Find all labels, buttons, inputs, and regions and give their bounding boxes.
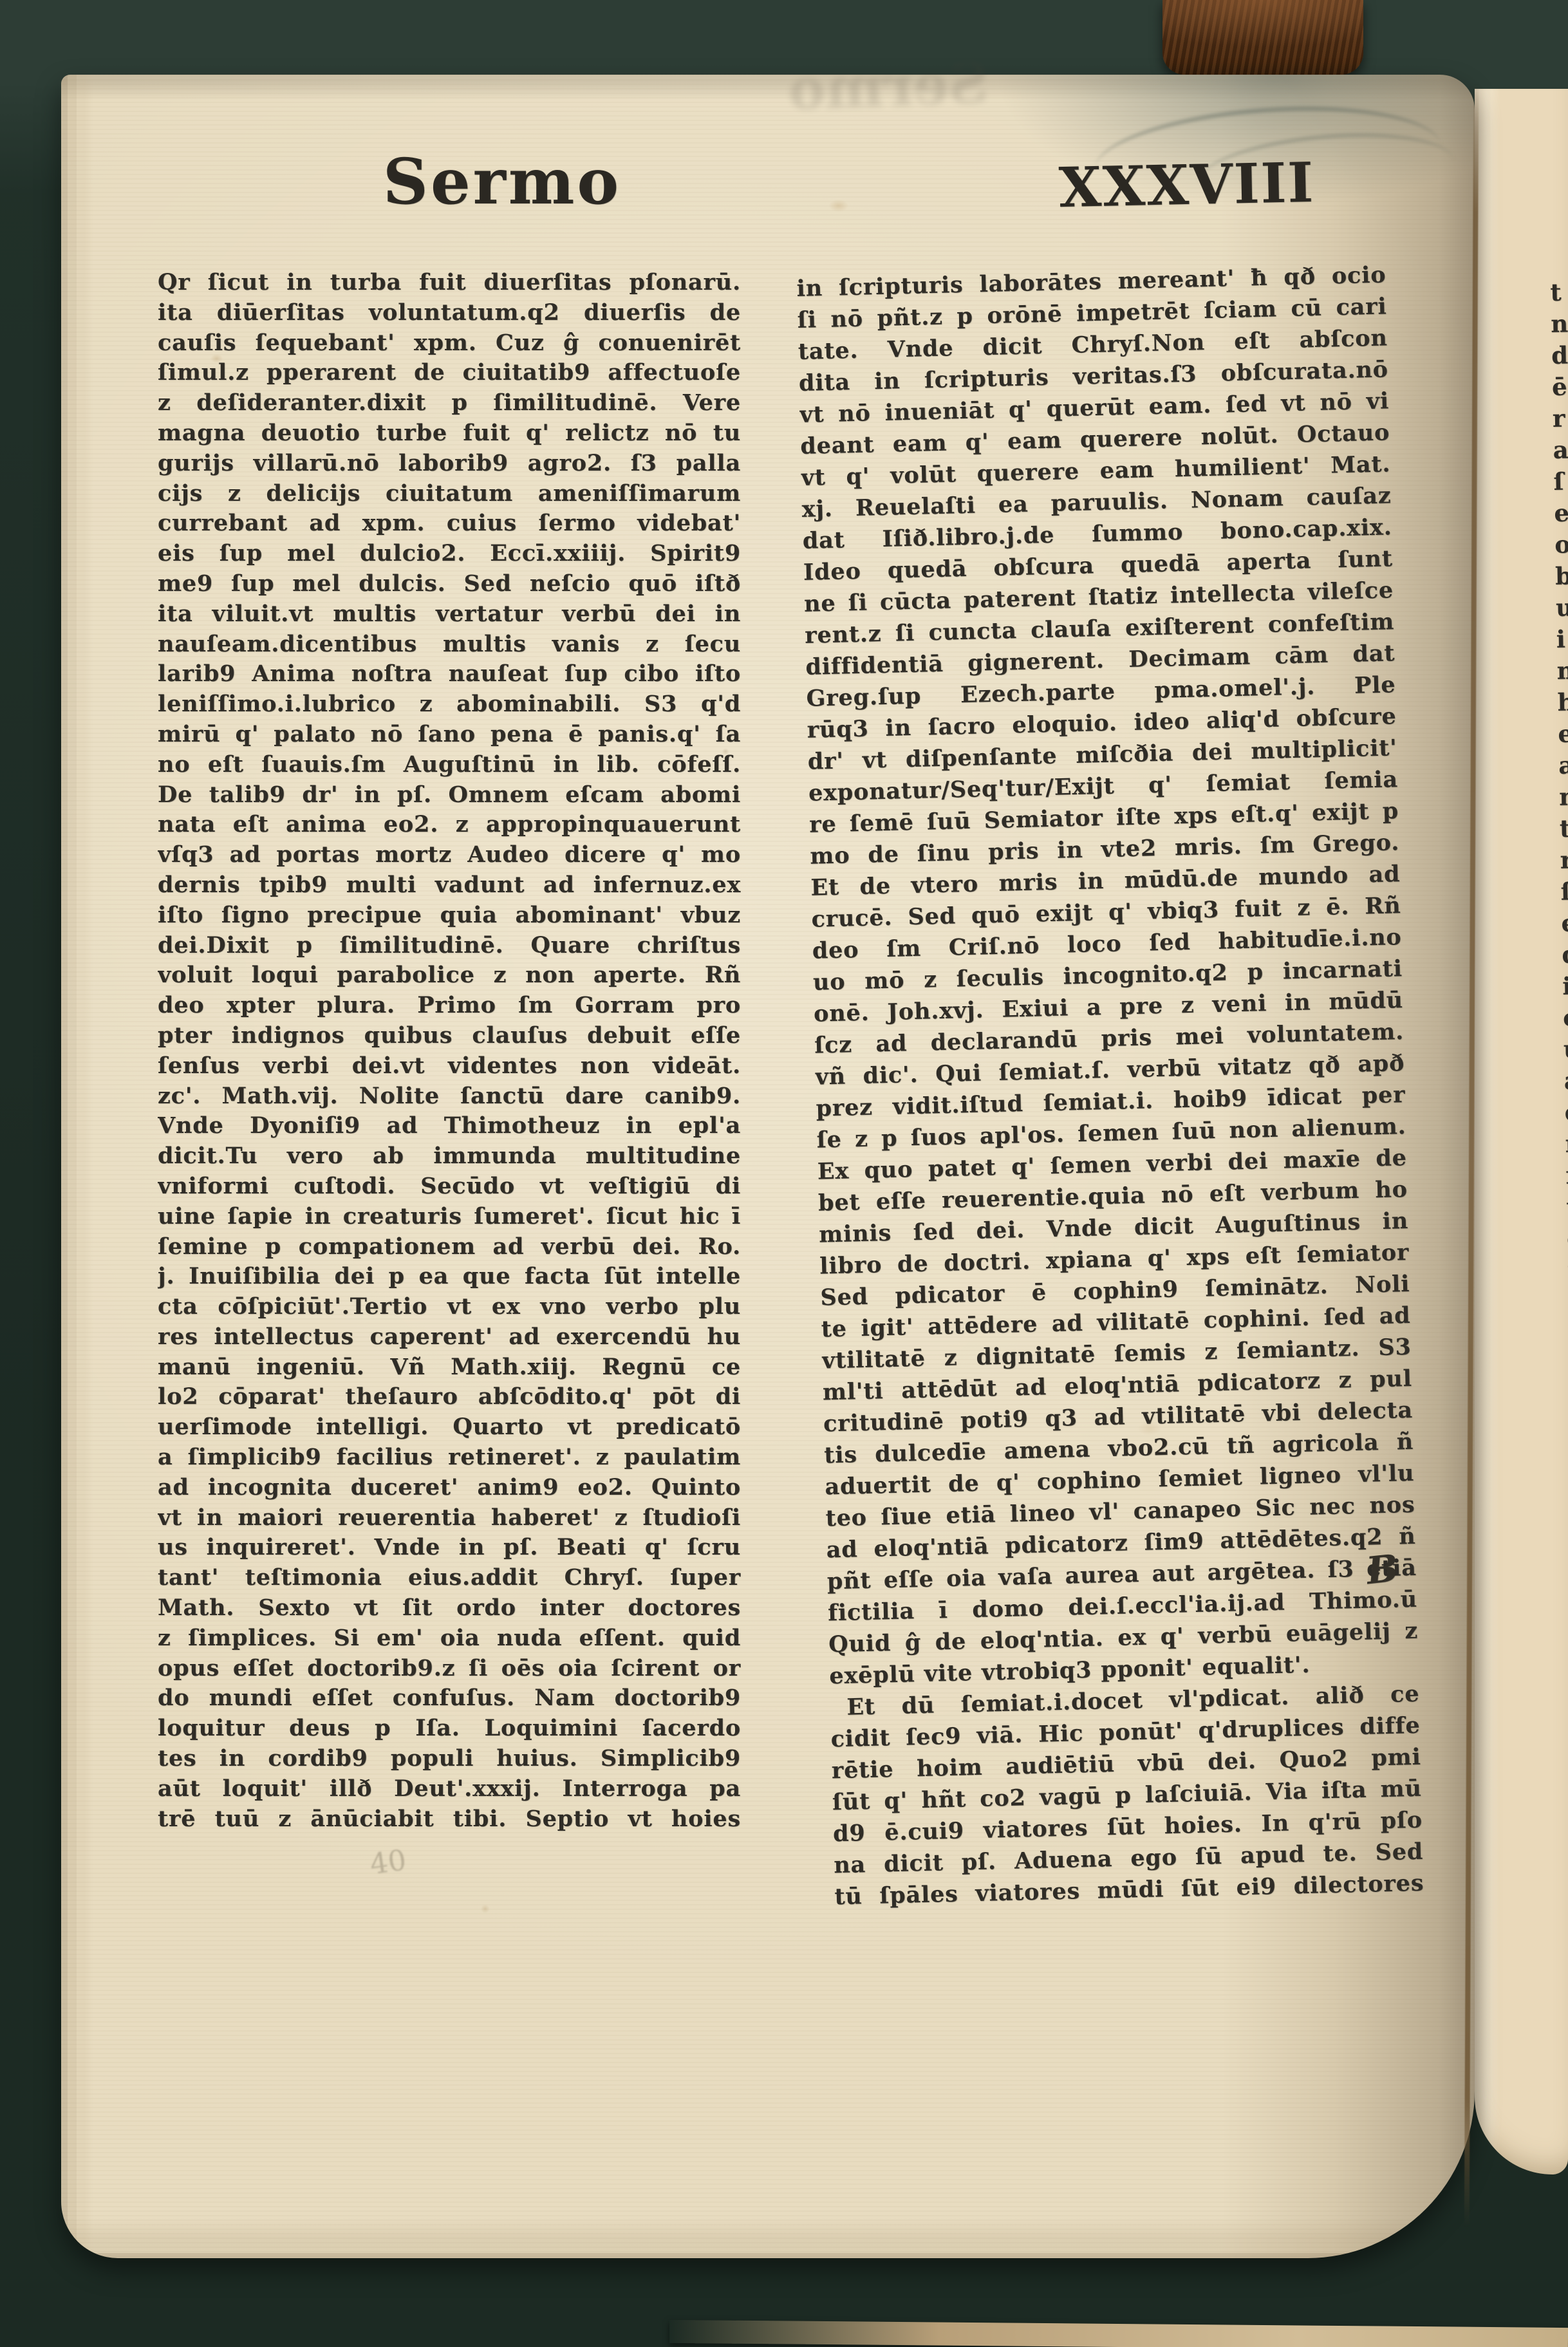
text-line: trē tuū z ānūciabit tibi. Septio vt hoie…: [158, 1804, 741, 1835]
text-line: r: [1552, 402, 1568, 435]
text-line: cauſis ſequebant' xpm. Cuz ĝ conuenirēt: [158, 328, 741, 359]
text-line: cta cōſpiciūt'.Tertio vt ex vno verbo pl…: [158, 1292, 741, 1322]
text-line: Math. Sexto vt ſit ordo inter doctores: [158, 1593, 741, 1623]
text-line: n: [1565, 1128, 1568, 1160]
text-line: Vnde Dyoniſi9 ad Thimotheuz in epl'a: [158, 1111, 741, 1141]
text-line: a: [1558, 749, 1568, 781]
text-line: e: [1564, 1096, 1568, 1128]
text-line: De talib9 dr' in pſ. Omnem eſcam abomi: [158, 780, 741, 810]
text-line: e: [1554, 497, 1568, 529]
text-line: do mundi eſſet confuſus. Nam doctorib9: [158, 1683, 741, 1714]
faint-pencil-mark: 40: [368, 1844, 409, 1881]
text-line: me9 ſup mel dulcis. Sed neſcio quō iſtð: [158, 569, 741, 599]
text-line: ſ: [1560, 875, 1568, 908]
text-line: vſq3 ad portas mortz Audeo dicere q' mo: [158, 840, 741, 870]
text-line: ita diūerſitas voluntatum.q2 diuerſis de: [158, 298, 741, 328]
text-line: u: [1556, 592, 1568, 624]
text-line: aūt loquit' illð Deut'.xxxij. Interroga …: [158, 1774, 741, 1804]
text-line: d: [1551, 339, 1568, 371]
text-line: leniſſimo.i.lubrico z abominabili. S3 q'…: [158, 689, 741, 720]
text-line: z deſideranter.dixit p ſimilitudinē. Ver…: [158, 388, 741, 418]
text-line: mirū q' palato nō ſano pena ē panis.q' ſ…: [158, 720, 741, 750]
text-line: u: [1563, 1033, 1568, 1065]
text-line: vt in maiori reuerentia haberet' z ſtudi…: [158, 1503, 741, 1533]
text-line: Qr ſicut in turba fuit diuerſitas pſonar…: [158, 268, 741, 298]
text-line: i: [1556, 623, 1568, 655]
show-through-ghost-text: Sermo: [787, 51, 989, 123]
text-line: ſenſus verbi dei.vt videntes non videāt.: [158, 1051, 741, 1081]
text-line: nata eſt anima eo2. z appropinquauerunt: [158, 810, 741, 840]
text-line: h: [1557, 686, 1568, 718]
text-line: z ſimplices. Si em' oia nuda eſſent. qui…: [158, 1623, 741, 1654]
text-line: dicit.Tu vero ab immunda multitudine: [158, 1141, 741, 1172]
text-line: a ſimplicib9 facilius retineret'. z paul…: [158, 1443, 741, 1473]
text-line: e: [1558, 718, 1568, 750]
text-line: uerſimode intelligi. Quarto vt predicatō: [158, 1412, 741, 1443]
text-line: voluit loqui parabolice z non aperte. Rñ: [158, 960, 741, 991]
text-line: loquitur deus p Iſa. Loquimini ſacerdo: [158, 1714, 741, 1744]
margin-signature-letter: B: [1365, 1546, 1401, 1593]
text-line: i: [1562, 970, 1568, 1002]
text-line: e: [1561, 907, 1568, 939]
text-line: dernis tpib9 multi vadunt ad infernuz.ex: [158, 870, 741, 901]
folio-number: XXXVIII: [1058, 151, 1315, 220]
text-line: o: [1554, 528, 1568, 561]
text-line: r: [1565, 1159, 1568, 1192]
text-line: o: [1563, 1002, 1568, 1034]
text-line: deo xpter plura. Primo ſm Gorram pro: [158, 991, 741, 1021]
text-line: magna deuotio turbe fuit q' relictz nō t…: [158, 418, 741, 449]
right-text-column: in ſcripturis laborātes mereant' ħ qð oc…: [796, 259, 1424, 1912]
text-line: dei.Dixit p ſimilitudinē. Quare chriſtus: [158, 931, 741, 961]
text-line: n: [1551, 308, 1568, 340]
running-title: Sermo: [335, 149, 669, 215]
text-line: ita viluit.vt multis vertatur verbū dei …: [158, 599, 741, 630]
text-line: uine ſapie in creaturis ſumeret'. ſicut …: [158, 1202, 741, 1232]
text-line: lo2 cōparat' theſauro abſcōdito.q' pōt d…: [158, 1382, 741, 1412]
text-line: ē: [1552, 371, 1568, 403]
text-line: zc'. Math.vij. Nolite ſanctū dare canib9…: [158, 1081, 741, 1112]
text-line: m: [1556, 655, 1568, 687]
text-line: no eſt ſuauis.ſm Auguſtinū in lib. cōfeſ…: [158, 750, 741, 780]
text-line: a: [1563, 1065, 1568, 1097]
text-line: d: [1562, 939, 1568, 971]
text-line: j. Inuiſibilia dei p ea que facta ſūt in…: [158, 1262, 741, 1292]
text-line: ſimul.z pperarent de ciuitatib9 affectuo…: [158, 358, 741, 388]
text-line: t: [1550, 276, 1568, 308]
text-line: cijs z delicijs ciuitatum ameniſſimarum: [158, 479, 741, 509]
text-line: tant' teſtimonia eius.addit Chryſ. ſuper: [158, 1563, 741, 1593]
text-line: a: [1553, 434, 1568, 466]
text-line: larib9 Anima noſtra nauſeat ſup cibo iſt…: [158, 659, 741, 689]
left-text-column: Qr ſicut in turba fuit diuerſitas pſonar…: [158, 268, 741, 1834]
text-line: tes in cordib9 populi huius. Simplicib9: [158, 1744, 741, 1774]
text-line: vniformi cuſtodi. Secūdo vt veſtigiū di: [158, 1172, 741, 1202]
photo-of-incunabulum-page: { "header": { "left_title": "Sermo", "pa…: [0, 0, 1568, 2347]
text-line: opus eſſet doctorib9.z ſi oēs oia ſciren…: [158, 1654, 741, 1684]
text-line: iſto ſigno precipue quia abominant' vbuz: [158, 901, 741, 931]
text-line: n: [1559, 781, 1568, 813]
text-line: gurijs villarū.nō laborib9 agro2. ſ3 pal…: [158, 449, 741, 479]
text-line: us inquireret'. Vnde in pſ. Beati q' ſcr…: [158, 1533, 741, 1563]
text-line: pter indignos quibus clauſus debuit eſſe: [158, 1021, 741, 1051]
binding-spine-leather: [1162, 0, 1363, 75]
text-line: manū ingeniū. Vñ Math.xiij. Regnū ce: [158, 1352, 741, 1383]
text-line: ſ: [1553, 465, 1568, 498]
text-line: t: [1560, 812, 1568, 845]
text-line: ad incognita duceret' anim9 eo2. Quinto: [158, 1473, 741, 1503]
text-line: b: [1555, 560, 1568, 592]
text-line: res intellectus caperent' ad exercendū h…: [158, 1322, 741, 1352]
text-line: r: [1560, 844, 1568, 876]
text-line: nauſeam.dicentibus multis vanis z ſecu: [158, 630, 741, 660]
text-line: ſemine p compationem ad verbū dei. Ro.: [158, 1232, 741, 1262]
text-line: currebant ad xpm. cuius ſermo videbat': [158, 509, 741, 539]
text-line: eis ſup mel dulcio2. Eccī.xxiiij. Spirit…: [158, 539, 741, 569]
